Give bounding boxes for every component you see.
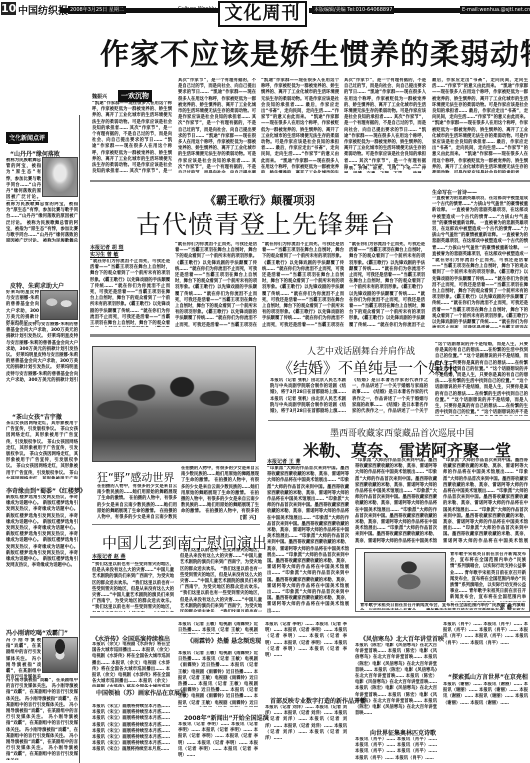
lead-text-col3: “凯途”作家群——现在很多人在用这个称呼，作家被贬低为一群被宠养的、娇生惯养的、… bbox=[261, 78, 339, 173]
brief-text: 本报讯（记者 王敏）电视剧《雨霖铃》近日热播…… 本报讯（记者 王敏）电视剧《雨… bbox=[178, 622, 258, 634]
brief-text: 本报讯（记者 李明）…… 本报讯（记者 李明）…… 本报讯（记者 李明）…… 本… bbox=[265, 622, 347, 678]
singer-text: 青年歌手宋祖英日前在京召开新闻发布会，宣布将在全国范围内举办“民族情”系列演唱会… bbox=[450, 552, 526, 602]
sidebar-photo-couple bbox=[40, 290, 78, 320]
brief-text: 本报讯（肖平）…… 本报讯（肖平）…… 本报讯（肖平）…… 本报讯（肖平）…… … bbox=[355, 737, 437, 762]
opera-bottom-rule bbox=[90, 334, 530, 337]
opera-byline: 本报记者 胡 斑 bbox=[90, 244, 123, 251]
sidebar-item-text: 被称为民族歌舞总管的阿宝，被指为“原生态”有悖，参加比赛与歌手同台……“山丹丹”… bbox=[6, 158, 41, 201]
sidebar-author: 凌 翔 bbox=[8, 137, 20, 144]
wedding-text-col2: 《结婚》是日本著名作家的代表作之一，作品讲述了一个关于婚姻与家庭的故事…… 《结… bbox=[352, 378, 428, 414]
brief-text: 本报讯（记者 李明）…… 本报讯（记者 李明）…… 本报讯（记者 李明）…… 本… bbox=[178, 722, 258, 762]
lead-text-col1: “凯途”作家群——现在很多人在用这个称呼，作家被贬低为一群被宠养的、娇生惯养的、… bbox=[92, 101, 172, 173]
brief-title: 2008年“新闻出”开始全国巡演 bbox=[184, 713, 269, 722]
sidebar-divider bbox=[79, 115, 80, 763]
opera-byline-2: 实习生 曾 敏 bbox=[90, 251, 118, 258]
sidebar-item-text: 冯小刚导演被指“戏霸”，在某剧组中的言行引发媒体关注。 冯小刚导演被指“戏霸”，… bbox=[6, 678, 78, 760]
opera-headline: 古代愤青登上先锋舞台 bbox=[136, 205, 396, 241]
sidebar-item-text: 好莱坞明星皮特与安吉丽娜·朱莉的慈善基金会向大户求助，300万美元的捐款计划引发… bbox=[6, 290, 39, 322]
mexico-text-col3: “印象派”大师的作品首次来到中国。墨西哥收藏家西蒙收藏的米勒、莫奈、雷诺阿等大师… bbox=[443, 458, 528, 543]
dance-bottom-rule bbox=[92, 524, 260, 525]
children-art-col1: “我们这里以前也有一些受到雪灾的地区，但是从来没有这么大的灾害……”中国儿童艺术… bbox=[92, 562, 174, 612]
sidebar-item-title: “茶山女孩”吉宇撤 bbox=[12, 412, 62, 421]
sidebar-item-text: 好莱坞明星皮特与安吉丽娜·朱莉的慈善基金会向大户求助，300万美元的捐款计划引发… bbox=[6, 322, 78, 382]
wedding-text-col1: 本报讯（记者 张帆）由北京人民艺术剧院与中央戏剧学院联合制作的话剧《结婚》，将于… bbox=[270, 378, 346, 414]
sidebar-item-text: 茶山女孩因网络走红，其形象被用于广告宣传，引发版权争议。 茶山女孩因网络走红，其… bbox=[6, 421, 78, 479]
opera-side-text: 一直被誉为的悲剧英雄项羽，在这部戏中被塑造成一个古代的愤青……“力拔山兮气盖世”… bbox=[432, 196, 528, 256]
opera-text-col3: “就在你们为你流泪不止而死，可我还是活着——”当霸王项羽在舞台上自刎时，舞台下的… bbox=[262, 242, 344, 327]
lead-tag: 一欢沉物 bbox=[118, 83, 152, 102]
brief-text: 本报讯（肖平）…… 本报讯（肖平）…… 本报讯（肖平）…… 本报讯（肖平）…… … bbox=[443, 622, 528, 664]
brief-text: 本报讯（记者 刘洋）…… 本报讯（记者 刘洋）…… 本报讯（记者 刘洋）…… 本… bbox=[265, 705, 347, 761]
dance-credit: [雷 兴] bbox=[240, 514, 256, 521]
opera-text-col2: “就在你们为你流泪不止而死，可我还是活着——”当霸王项羽在舞台上自刎时，舞台下的… bbox=[175, 242, 257, 327]
brief-title: 首部反映专业数字打造的新作品开播 bbox=[270, 696, 366, 705]
masthead: 10 中国纺织报 2008年3月25日 星期二 Culture Weekly 文… bbox=[0, 0, 530, 22]
sidebar-item-text: 冯小刚导演被指“戏霸”，在某剧组中的言行引发媒体关注。 冯小刚导演被指“戏霸”，… bbox=[6, 638, 41, 678]
brief-text: 本报讯（记者 王敏）电视剧《雨霖铃》近日热播…… 本报讯（记者 王敏）电视剧《雨… bbox=[178, 651, 258, 707]
brief-text: 本报讯（陈宏）电影《风信寒鸟》在北大百年讲堂首映…… 本报讯（陈宏）电影《风信寒… bbox=[355, 643, 437, 725]
editor-info: 本版编辑/美编 Tel:010-64068897 bbox=[312, 6, 394, 14]
wedding-headline: 《结婚》不单纯是一个娱乐 bbox=[278, 357, 458, 378]
sidebar-photo-face bbox=[42, 157, 78, 197]
opera-side-text-2: “就在你们为你流泪不止而死，可我还是活着——”当霸王项羽在舞台上自刎时，舞台下的… bbox=[432, 258, 528, 328]
sidebar-photo-director bbox=[42, 637, 78, 673]
brief-text: 本报讯（谢丽）…… 本报讯（谢丽）…… 本报讯（谢丽）…… 本报讯（谢丽）…… … bbox=[443, 682, 528, 762]
dance-caption-text-2: 在拍摄的人物中，有很多的少女是来自云南少数民族的……她们用原始的舞蹈展现了生命的… bbox=[181, 466, 259, 514]
brief-title: 《雨霖铃》热播 悬念频迭现 bbox=[187, 636, 261, 645]
lead-bottom-rule bbox=[90, 180, 530, 182]
section-email: E-mail:wenhua.@sjtl.net.cn bbox=[460, 6, 530, 14]
lead-text-col5: 最后，作家应走出“书斋”，走向民间，走向生活……“作家节”的意义由此而来。 “凯… bbox=[432, 78, 528, 173]
singer-photo bbox=[364, 552, 446, 602]
section-title: 文化周刊 bbox=[218, 1, 307, 27]
mexico-text-col1: “印象派”大师的作品首次来到中国。墨西哥收藏家西蒙收藏的米勒、莫奈、雷诺阿等大师… bbox=[267, 466, 349, 616]
issue-date: 2008年3月25日 星期二 bbox=[68, 6, 126, 14]
singer-credit: 张 静 bbox=[500, 604, 512, 611]
paper-logo: 中国纺织报 bbox=[18, 2, 68, 17]
brief-title: “探索孤山方言世界”在京亮相 bbox=[448, 672, 528, 681]
lead-text-col2: 其次“作家节”，是一个有理有据的，不是自己过的节，而是向社会、向自己提出要求的节… bbox=[178, 78, 256, 173]
dance-photo bbox=[92, 346, 256, 462]
wedding-quote: “这个话剧想说的并不是结婚，而是人生，只要你是真的有自己的想法……在纷繁的生活中… bbox=[435, 342, 528, 416]
mexico-text-col2: “印象派”大师的作品首次来到中国。墨西哥收藏家西蒙收藏的米勒、莫奈、雷诺阿等大师… bbox=[355, 458, 437, 543]
opera-text-col1: “就在你们为你流泪不止而死，可我还是活着——”当霸王项羽在舞台上自刎时，舞台下的… bbox=[90, 259, 170, 327]
lead-headline: 作家不应该是娇生惯养的柔弱动物 bbox=[100, 32, 530, 73]
sidebar-item-text: 新版红楼梦选角引发网友热议，李奇缘成为话题中心。 新版红楼梦选角引发网友热议，李… bbox=[6, 495, 78, 625]
wedding-kicker: 人艺中戏话剧舞台并肩作战 bbox=[307, 344, 415, 357]
page-number: 10 bbox=[1, 2, 16, 15]
opera-side-lead: 生命写在一首诗—— bbox=[432, 189, 477, 196]
brief-title: 中国领袖（苏）画家作品在京展出 bbox=[96, 688, 186, 697]
lead-byline: 魏振兴 bbox=[92, 93, 107, 100]
sidebar-item-text: 被称为民族歌舞总管的阿宝，被指为“原生态”有悖，参加比赛与歌手同台……“山丹丹”… bbox=[6, 202, 78, 242]
dance-caption-title: 狂“野”感动世界 bbox=[97, 469, 174, 485]
brief-text: 本报讯（宋立）画展将持续至本月底…… 本报讯（宋立）画展将持续至本月底…… 本报… bbox=[92, 704, 170, 760]
opera-text-col4: “就在你们为你流泪不止而死，可我还是活着——”当霸王项羽在舞台上自刎时，舞台下的… bbox=[349, 242, 425, 327]
sidebar-item-title: 皮特、朱莉求助大户 bbox=[10, 281, 64, 290]
brief-title: 向世界征集奥林匹克诗歌 bbox=[370, 728, 436, 737]
lead-text-col4: 其次“作家节”，是一个有理有据的，不是自己过的节，而是向社会、向自己提出要求的节… bbox=[344, 78, 426, 166]
children-art-byline: 本报记者 赵 燕 bbox=[92, 553, 125, 560]
brief-title: 《风信寒鸟》北大百年讲堂首映 bbox=[360, 634, 444, 643]
wedding-bottom-rule bbox=[268, 420, 530, 421]
sidebar-item-title: 李奇缘由到“蜀黍”《红楼梦》 bbox=[6, 486, 86, 495]
section-english: Culture Weekly bbox=[178, 6, 216, 12]
brief-text: 本报讯（余文）电视剧《水浒传》将在全国各大城市巡回播出…… 本报讯（余文）电视剧… bbox=[92, 642, 170, 687]
children-art-col2: “我们这里以前也有一些受到雪灾的地区，但是从来没有这么大的灾害……”中国儿童艺术… bbox=[180, 548, 262, 612]
sidebar-item-title: 冯小刚请吃喝“戏霸门” bbox=[6, 628, 68, 637]
lead-text-tail: 伸展、拼搏、奋勇、飞翔、下笔—— 伸展、拼搏、奋勇、飞翔、下笔—— 伸展、拼搏、… bbox=[344, 166, 426, 173]
mexico-byline: 本报记者 王 菁 bbox=[267, 458, 300, 465]
children-art-bottom-rule bbox=[90, 616, 530, 618]
dance-caption-text: 在拍摄的人物中，有很多的少女是来自云南少数民族的……她们用原始的舞蹈展现了生命的… bbox=[97, 484, 177, 520]
